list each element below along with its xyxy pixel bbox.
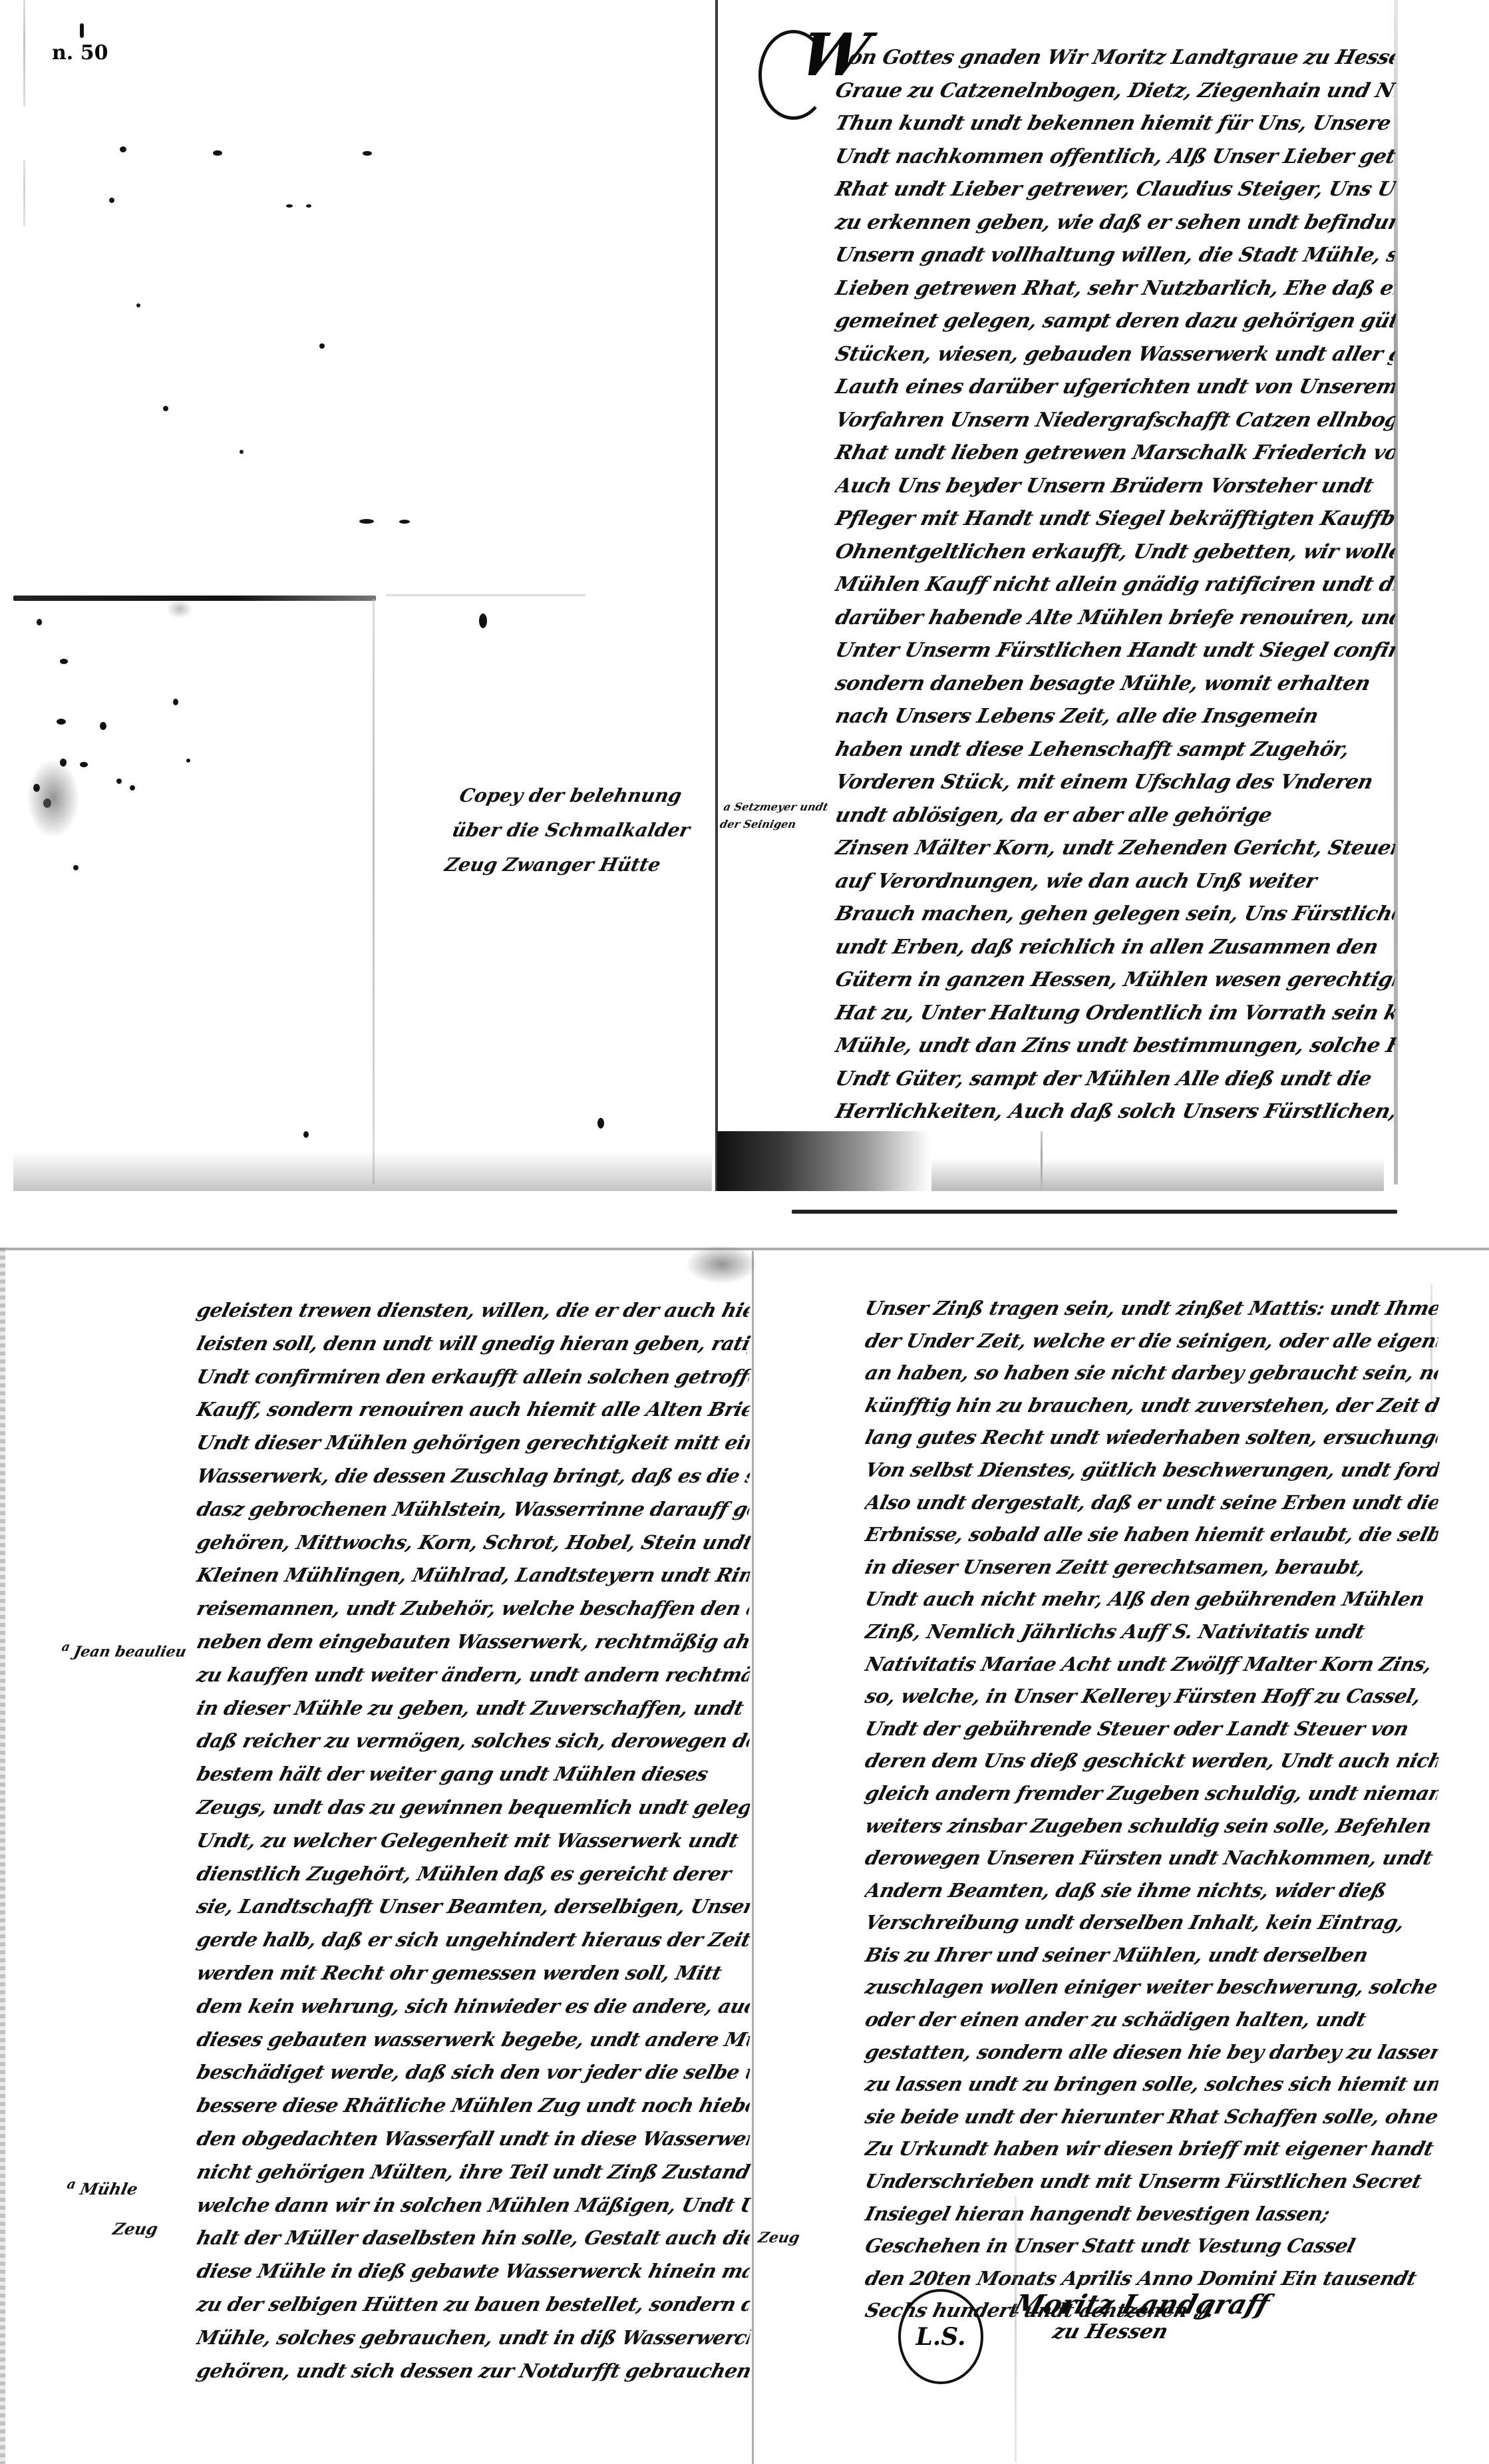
text-line: darüber habende Alte Mühlen briefe renou…	[832, 602, 1399, 635]
text-line: dasz gebrochenen Mühlstein, Wasserrinne …	[193, 1493, 753, 1526]
bottom-spread: a Jean beaulieu a Mühle Zeug geleisten t…	[0, 1244, 1489, 2464]
text-line: undt Erben, daß reichlich in allen Zusam…	[832, 931, 1399, 964]
text-line: sie beide undt der hierunter Rhat Schaff…	[862, 2101, 1442, 2133]
text-line: gehören, undt sich dessen zur Notdurfft …	[193, 2355, 753, 2388]
text-line: Vorderen Stück, mit einem Ufschlag des V…	[832, 766, 1399, 799]
margin-note-a2: a Mühle	[64, 2176, 140, 2199]
text-line: halt der Müller daselbsten hin solle, Ge…	[193, 2222, 753, 2255]
top-spread: n. 50	[0, 0, 1489, 1218]
note-marker: a	[61, 1640, 71, 1654]
text-line: Geschehen in Unser Statt undt Vestung Ca…	[862, 2230, 1442, 2262]
text-line: dienstlich Zugehört, Mühlen daß es gerei…	[193, 1858, 753, 1891]
margin-note-zeug: Zeug	[111, 2219, 160, 2238]
text-line: zu erkennen geben, wie daß er sehen undt…	[832, 206, 1399, 240]
text-line: Undt dieser Mühlen gehörigen gerechtigke…	[193, 1427, 753, 1460]
text-line: zu kauffen undt weiter ändern, undt ande…	[193, 1659, 753, 1692]
text-line: werden mit Recht ohr gemessen werden sol…	[193, 1957, 753, 1990]
text-line: Zu Urkundt haben wir diesen brieff mit e…	[862, 2133, 1442, 2165]
text-line: Hat zu, Unter Haltung Ordentlich im Vorr…	[832, 997, 1399, 1030]
top-right-page-text: on Gottes gnaden Wir Moritz Landtgraue z…	[832, 41, 1391, 1129]
text-line: zu der selbigen Hütten zu bauen bestelle…	[193, 2288, 753, 2322]
text-line: nach Unsers Lebens Zeit, alle die Insgem…	[832, 700, 1399, 733]
text-line: gehören, Mittwochs, Korn, Schrot, Hobel,…	[193, 1526, 753, 1560]
center-mark: Zeug	[756, 2229, 801, 2246]
text-line: sondern daneben besagte Mühle, womit erh…	[832, 667, 1399, 701]
text-line: Insiegel hieran hangendt bevestigen lass…	[862, 2198, 1442, 2230]
text-line: Kauff, sondern renouiren auch hiemit all…	[193, 1393, 753, 1427]
text-line: Brauch machen, gehen gelegen sein, Uns F…	[832, 898, 1399, 931]
text-line: neben dem eingebauten Wasserwerk, rechtm…	[193, 1626, 753, 1659]
text-line: Mühle, solches gebrauchen, undt in diß W…	[193, 2322, 753, 2355]
text-line: undt ablösigen, da er aber alle gehörige	[832, 799, 1399, 832]
text-line: welche dann wir in solchen Mühlen Mäßige…	[193, 2189, 753, 2222]
text-line: Verschreibung undt derselben Inhalt, kei…	[862, 1906, 1442, 1939]
text-line: Zeugs, undt das zu gewinnen bequemlich u…	[193, 1791, 753, 1825]
text-line: Mühlen Kauff nicht allein gnädig ratific…	[832, 568, 1399, 602]
signature: Moritz Landgraff zu Hessen	[1003, 2289, 1273, 2344]
text-line: Rhat undt Lieber getrewer, Claudius Stei…	[832, 173, 1399, 206]
text-line: künfftig hin zu brauchen, undt zuversteh…	[862, 1389, 1442, 1422]
text-line: Graue zu Catzenelnbogen, Dietz, Ziegenha…	[832, 75, 1399, 108]
text-line: Wasserwerk, die dessen Zuschlag bringt, …	[193, 1460, 753, 1493]
text-line: Undt auch nicht mehr, Alß den gebührende…	[862, 1583, 1442, 1616]
text-line: dieses gebauten wasserwerk begebe, undt …	[193, 2024, 753, 2057]
bottom-right-page-text: Unser Zinß tragen sein, undt zinßet Matt…	[862, 1292, 1434, 2327]
text-line: Zinß, Nemlich Jährlichs Auff S. Nativita…	[862, 1616, 1442, 1648]
text-line: Unser Zinß tragen sein, undt zinßet Matt…	[862, 1292, 1442, 1325]
text-line: Undt der gebührende Steuer oder Landt St…	[862, 1713, 1442, 1745]
seal-locus-sigilli: L.S.	[898, 2289, 983, 2384]
text-line: zuschlagen wollen einiger weiter beschwe…	[862, 1971, 1442, 2004]
note-marker: a	[66, 2176, 78, 2192]
text-line: weiters zinsbar Zugeben schuldig sein so…	[862, 1810, 1442, 1843]
text-line: Unter Unserm Fürstlichen Handt undt Sieg…	[832, 634, 1399, 667]
text-line: beschädiget werde, daß sich den vor jede…	[193, 2056, 753, 2089]
copy-title-note: Copey der belehnung über die Schmalkalde…	[441, 779, 701, 882]
seal-label: L.S.	[915, 2323, 965, 2351]
text-line: in dieser Mühle zu geben, undt Zuverscha…	[193, 1692, 753, 1725]
text-line: Lauth eines darüber ufgerichten undt von…	[832, 371, 1399, 404]
text-line: Mühle, undt dan Zins undt bestimmungen, …	[832, 1029, 1399, 1063]
text-line: geleisten trewen diensten, willen, die e…	[193, 1294, 753, 1327]
text-line: nicht gehörigen Mülten, ihre Teil undt Z…	[193, 2156, 753, 2189]
text-line: sie, Landtschafft Unser Beamten, derselb…	[193, 1890, 753, 1924]
text-line: in dieser Unseren Zeitt gerechtsamen, be…	[862, 1551, 1442, 1584]
top-gutter-line	[715, 0, 718, 1191]
text-line: Kleinen Mühlingen, Mühlrad, Landtsteyern…	[193, 1559, 753, 1592]
text-line: Undt nachkommen offentlich, Alß Unser Li…	[832, 140, 1399, 174]
text-line: gleich andern fremder Zugeben schuldig, …	[862, 1777, 1442, 1810]
gutter-shadow	[717, 1131, 930, 1191]
text-line: haben undt diese Lehenschafft sampt Zuge…	[832, 733, 1399, 767]
text-line: Thun kundt undt bekennen hiemit für Uns,…	[832, 107, 1399, 140]
text-line: gemeinet gelegen, sampt deren dazu gehör…	[832, 305, 1399, 338]
text-line: reisemannen, undt Zubehör, welche bescha…	[193, 1592, 753, 1626]
text-line: Andern Beamten, daß sie ihme nichts, wid…	[862, 1874, 1442, 1907]
text-line: Von selbst Dienstes, gütlich beschwerung…	[862, 1454, 1442, 1487]
text-line: Undt, zu welcher Gelegenheit mit Wasserw…	[193, 1825, 753, 1858]
text-line: Undt Güter, sampt der Mühlen Alle dieß u…	[832, 1063, 1399, 1096]
text-line: Also undt dergestalt, daß er undt seine …	[862, 1487, 1442, 1519]
text-line: Zinsen Mälter Korn, undt Zehenden Gerich…	[832, 832, 1399, 865]
text-line: gerde halb, daß er sich ungehindert hier…	[193, 1924, 753, 1957]
text-line: on Gottes gnaden Wir Moritz Landtgraue z…	[832, 41, 1399, 75]
text-line: den obgedachten Wasserfall undt in diese…	[193, 2123, 753, 2156]
note-text: Mühle	[79, 2179, 140, 2199]
text-line: Stücken, wiesen, gebauden Wasserwerk und…	[832, 338, 1399, 371]
text-line: lang gutes Recht undt wiederhaben solten…	[862, 1421, 1442, 1454]
text-line: Unsern gnadt vollhaltung willen, die Sta…	[832, 239, 1399, 272]
text-line: zu lassen undt zu bringen solle, solches…	[862, 2068, 1442, 2101]
text-line: Undt confirmiren den erkaufft allein sol…	[193, 1361, 753, 1394]
text-line: oder der einen ander zu schädigen halten…	[862, 2004, 1442, 2036]
text-line: derowegen Unseren Fürsten undt Nachkomme…	[862, 1842, 1442, 1874]
text-line: Auch Uns beyder Unsern Brüdern Vorsteher…	[832, 470, 1399, 503]
text-line: Erbnisse, sobald alle sie haben hiemit e…	[862, 1518, 1442, 1551]
scan-rule	[792, 1210, 1397, 1214]
text-line: Vorfahren Unsern Niedergrafschafft Catze…	[832, 404, 1399, 437]
text-line: gestatten, sondern alle diesen hie bey d…	[862, 2036, 1442, 2069]
signature-title: zu Hessen	[1050, 2320, 1264, 2344]
text-line: diese Mühle in dieß gebawte Wasserwerck …	[193, 2255, 753, 2288]
text-line: bessere diese Rhätliche Mühlen Zug undt …	[193, 2089, 753, 2123]
text-line: Lieben getrewen Rhat, sehr Nutzbarlich, …	[832, 272, 1399, 305]
text-line: Gütern in ganzen Hessen, Mühlen wesen ge…	[832, 964, 1399, 997]
note-text: Zeug	[111, 2219, 160, 2238]
text-line: Pfleger mit Handt undt Siegel bekräfftig…	[832, 502, 1399, 536]
text-line: so, welche, in Unser Kellerey Fürsten Ho…	[862, 1680, 1442, 1713]
text-line: Nativitatis Mariae Acht undt Zwölff Malt…	[862, 1648, 1442, 1681]
text-line: Underschrieben undt mit Unserm Fürstlich…	[862, 2165, 1442, 2198]
note-text: Jean beaulieu	[72, 1643, 188, 1660]
text-line: daß reicher zu vermögen, solches sich, d…	[193, 1725, 753, 1758]
text-line: dem kein wehrung, sich hinwieder es die …	[193, 1990, 753, 2024]
text-line: auf Verordnungen, wie dan auch Unß weite…	[832, 865, 1399, 898]
margin-note-a1: a Jean beaulieu	[59, 1640, 189, 1660]
text-line: leisten soll, denn undt will gnedig hier…	[193, 1327, 753, 1361]
side-note: a Setzmeyer undt der Seinigen	[718, 798, 830, 833]
text-line: Ohnentgeltlichen erkaufft, Undt gebetten…	[832, 536, 1399, 569]
top-left-page: Copey der belehnung über die Schmalkalde…	[13, 0, 719, 1191]
text-line: deren dem Uns dieß geschickt werden, Und…	[862, 1745, 1442, 1777]
text-line: der Under Zeit, welche er die seinigen, …	[862, 1325, 1442, 1357]
text-line: Herrlichkeiten, Auch daß solch Unsers Fü…	[832, 1095, 1399, 1129]
text-line: Bis zu Ihrer und seiner Mühlen, undt der…	[862, 1939, 1442, 1972]
text-line: an haben, so haben sie nicht darbey gebr…	[862, 1357, 1442, 1389]
bottom-left-page-text: geleisten trewen diensten, willen, die e…	[193, 1294, 745, 2387]
signature-name: Moritz Landgraff	[1010, 2289, 1273, 2320]
text-line: Rhat undt lieben getrewen Marschalk Frie…	[832, 437, 1399, 470]
text-line: bestem hält der weiter gang undt Mühlen …	[193, 1758, 753, 1791]
